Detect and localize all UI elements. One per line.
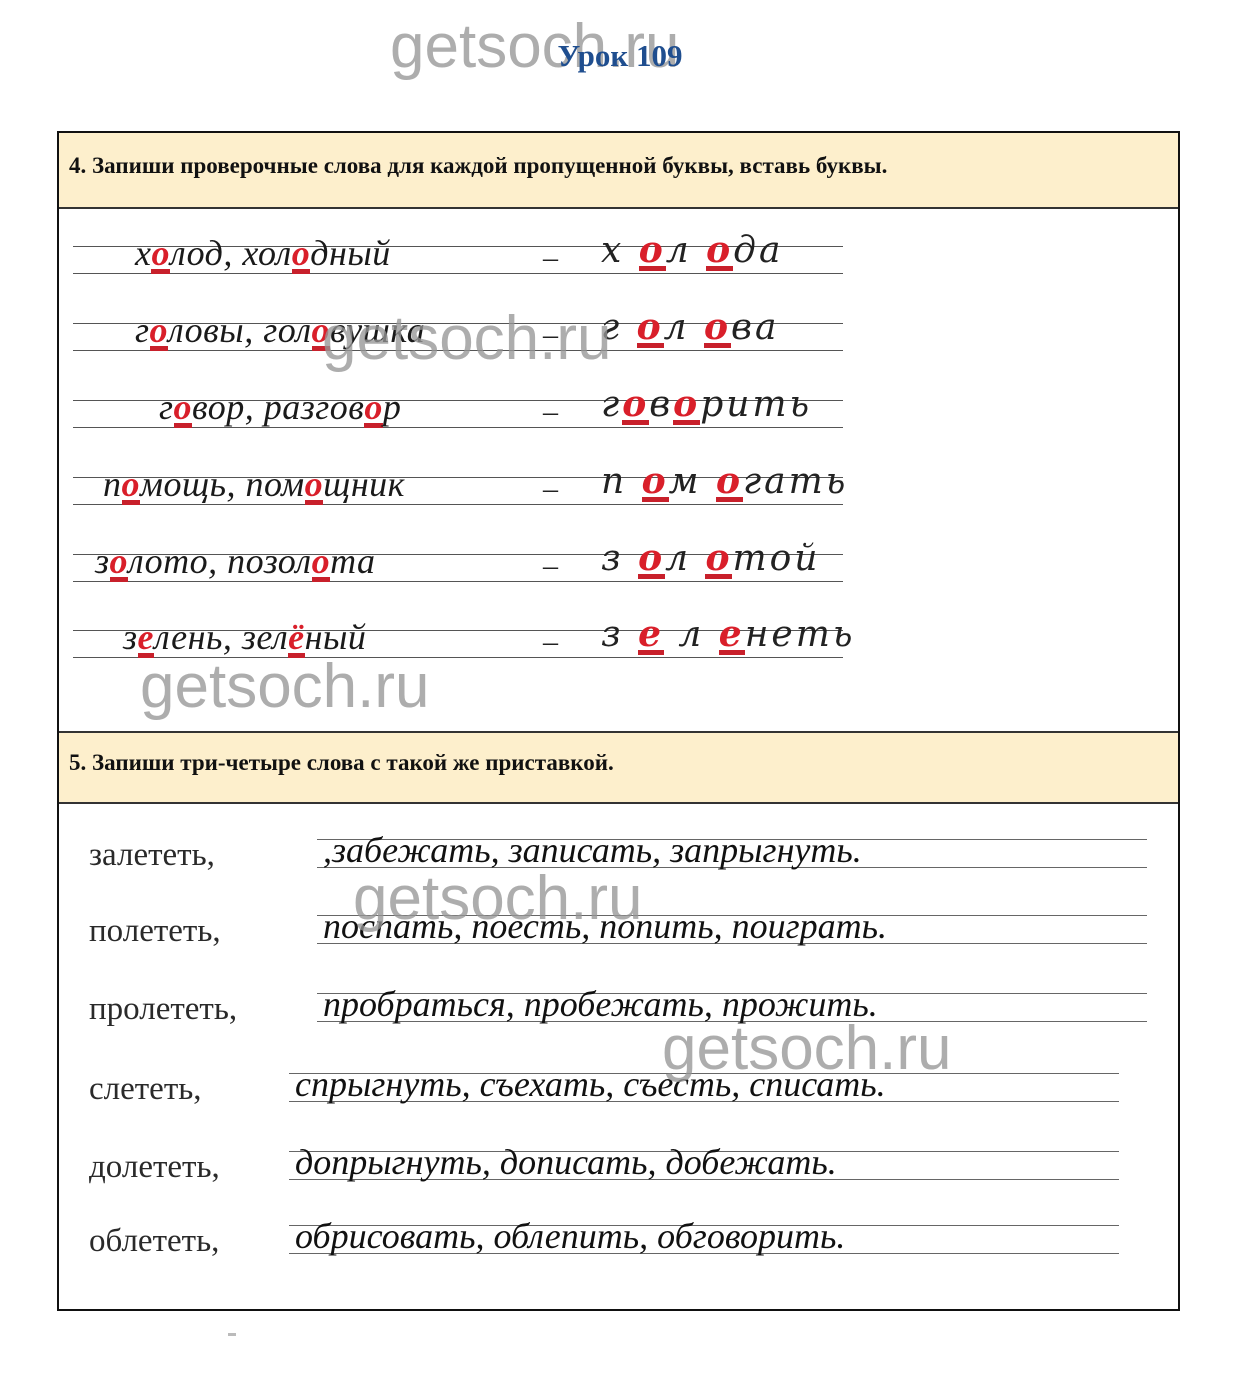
- task-5-row: слететь,спрыгнуть, съехать, съесть, спис…: [89, 1071, 1159, 1131]
- task-4-row: головы, головушка–г ол ова: [73, 313, 843, 373]
- word-fragment: лень, зел: [154, 617, 288, 657]
- word-fragment: р: [383, 387, 402, 427]
- word-fragment: щник: [323, 464, 405, 504]
- word-fragment: з: [601, 538, 638, 579]
- word-fragment: л: [666, 230, 706, 271]
- dash: –: [543, 549, 558, 583]
- same-prefix-answer: пробраться, пробежать, прожить.: [323, 983, 878, 1025]
- task-4-row: помощь, помощник–п ом огать: [73, 467, 843, 527]
- word-fragment: мощь, пом: [140, 464, 305, 504]
- word-fragment: м: [669, 461, 716, 502]
- word-fragment: рить: [700, 384, 812, 425]
- word-fragment: да: [733, 230, 783, 271]
- given-words: золото, позолота: [95, 540, 376, 582]
- word-fragment: ва: [731, 307, 779, 348]
- inserted-letter: е: [138, 621, 154, 658]
- word-fragment: х: [135, 233, 151, 273]
- inserted-letter: о: [704, 311, 731, 348]
- word-fragment: лото, позол: [128, 541, 312, 581]
- prefix-word: пролететь,: [89, 991, 237, 1028]
- inserted-letter: о: [364, 391, 383, 428]
- check-word-answer: п ом огать: [601, 461, 848, 502]
- task-4-row: говор, разговор–говорить: [73, 390, 843, 450]
- task-4-row: холод, холодный–х ол ода: [73, 236, 843, 296]
- task-4-row: зелень, зелёный–з е л енеть: [73, 620, 843, 680]
- inserted-letter: о: [637, 311, 664, 348]
- same-prefix-answer: поспать, поесть, попить, поиграть.: [323, 905, 887, 947]
- word-fragment: та: [330, 541, 375, 581]
- word-fragment: вор, разгов: [192, 387, 364, 427]
- prefix-word: облететь,: [89, 1223, 219, 1260]
- task-4-row: золото, позолота–з ол отой: [73, 544, 843, 604]
- lesson-title: Урок 109: [0, 38, 1240, 74]
- word-fragment: гать: [743, 461, 848, 502]
- word-fragment: з: [601, 614, 638, 655]
- word-fragment: з: [95, 541, 110, 581]
- word-fragment: вушка: [330, 310, 425, 350]
- check-word-answer: г ол ова: [601, 307, 779, 348]
- word-fragment: л: [665, 538, 705, 579]
- inserted-letter: о: [110, 545, 129, 582]
- inserted-letter: ё: [288, 621, 304, 658]
- inserted-letter: е: [719, 618, 745, 655]
- word-fragment: п: [103, 464, 122, 504]
- task-5-row: пролететь,пробраться, пробежать, прожить…: [89, 991, 1159, 1051]
- word-fragment: в: [649, 384, 673, 425]
- inserted-letter: о: [705, 542, 732, 579]
- given-words: холод, холодный: [135, 232, 391, 274]
- word-fragment: ный: [305, 617, 367, 657]
- word-fragment: з: [123, 617, 138, 657]
- inserted-letter: о: [673, 388, 700, 425]
- same-prefix-answer: спрыгнуть, съехать, съесть, списать.: [295, 1063, 886, 1105]
- prefix-word: залететь,: [89, 837, 215, 874]
- dash: –: [543, 472, 558, 506]
- dash: –: [543, 241, 558, 275]
- task-5-row: долететь,допрыгнуть, дописать, добежать.: [89, 1149, 1159, 1209]
- inserted-letter: о: [174, 391, 193, 428]
- given-words: говор, разговор: [159, 386, 401, 428]
- inserted-letter: о: [638, 542, 665, 579]
- inserted-letter: о: [642, 465, 669, 502]
- word-fragment: п: [601, 461, 642, 502]
- same-prefix-answer: обрисовать, облепить, обговорить.: [295, 1215, 845, 1257]
- task-5-instruction: 5. Запиши три-четыре слова с такой же пр…: [59, 731, 1178, 804]
- word-fragment: г: [601, 307, 637, 348]
- check-word-answer: з ол отой: [601, 538, 820, 579]
- check-word-answer: з е л енеть: [601, 614, 855, 655]
- inserted-letter: о: [150, 314, 169, 351]
- inserted-letter: о: [639, 234, 666, 271]
- word-fragment: л: [664, 307, 704, 348]
- word-fragment: г: [159, 387, 174, 427]
- task-5-row: залететь,,забежать, записать, запрыгнуть…: [89, 837, 1159, 897]
- inserted-letter: о: [292, 237, 311, 274]
- inserted-letter: о: [305, 468, 324, 505]
- inserted-letter: о: [151, 237, 170, 274]
- prefix-word: полететь,: [89, 913, 221, 950]
- word-fragment: х: [601, 230, 639, 271]
- inserted-letter: е: [638, 618, 664, 655]
- check-word-answer: говорить: [601, 384, 812, 425]
- word-fragment: л: [664, 614, 719, 655]
- dash: –: [543, 625, 558, 659]
- inserted-letter: о: [622, 388, 649, 425]
- divider-mark: [228, 1333, 236, 1336]
- given-words: головы, головушка: [135, 309, 425, 351]
- prefix-word: долететь,: [89, 1149, 220, 1186]
- word-fragment: неть: [745, 614, 856, 655]
- inserted-letter: о: [122, 468, 141, 505]
- given-words: зелень, зелёный: [123, 616, 366, 658]
- task-5-row: облететь,обрисовать, облепить, обговорит…: [89, 1223, 1159, 1283]
- same-prefix-answer: допрыгнуть, дописать, добежать.: [295, 1141, 837, 1183]
- inserted-letter: о: [312, 545, 331, 582]
- inserted-letter: о: [312, 314, 331, 351]
- word-fragment: дный: [310, 233, 390, 273]
- word-fragment: г: [135, 310, 150, 350]
- inserted-letter: о: [716, 465, 743, 502]
- same-prefix-answer: ,забежать, записать, запрыгнуть.: [323, 829, 862, 871]
- word-fragment: г: [601, 384, 622, 425]
- check-word-answer: х ол ода: [601, 230, 783, 271]
- word-fragment: ловы, гол: [168, 310, 312, 350]
- prefix-word: слететь,: [89, 1071, 202, 1108]
- task-4-instruction: 4. Запиши проверочные слова для каждой п…: [59, 133, 1178, 209]
- task-5-row: полететь,поспать, поесть, попить, поигра…: [89, 913, 1159, 973]
- exercise-frame: 4. Запиши проверочные слова для каждой п…: [57, 131, 1180, 1311]
- word-fragment: той: [732, 538, 820, 579]
- inserted-letter: о: [706, 234, 733, 271]
- given-words: помощь, помощник: [103, 463, 405, 505]
- dash: –: [543, 318, 558, 352]
- word-fragment: лод, хол: [170, 233, 292, 273]
- dash: –: [543, 395, 558, 429]
